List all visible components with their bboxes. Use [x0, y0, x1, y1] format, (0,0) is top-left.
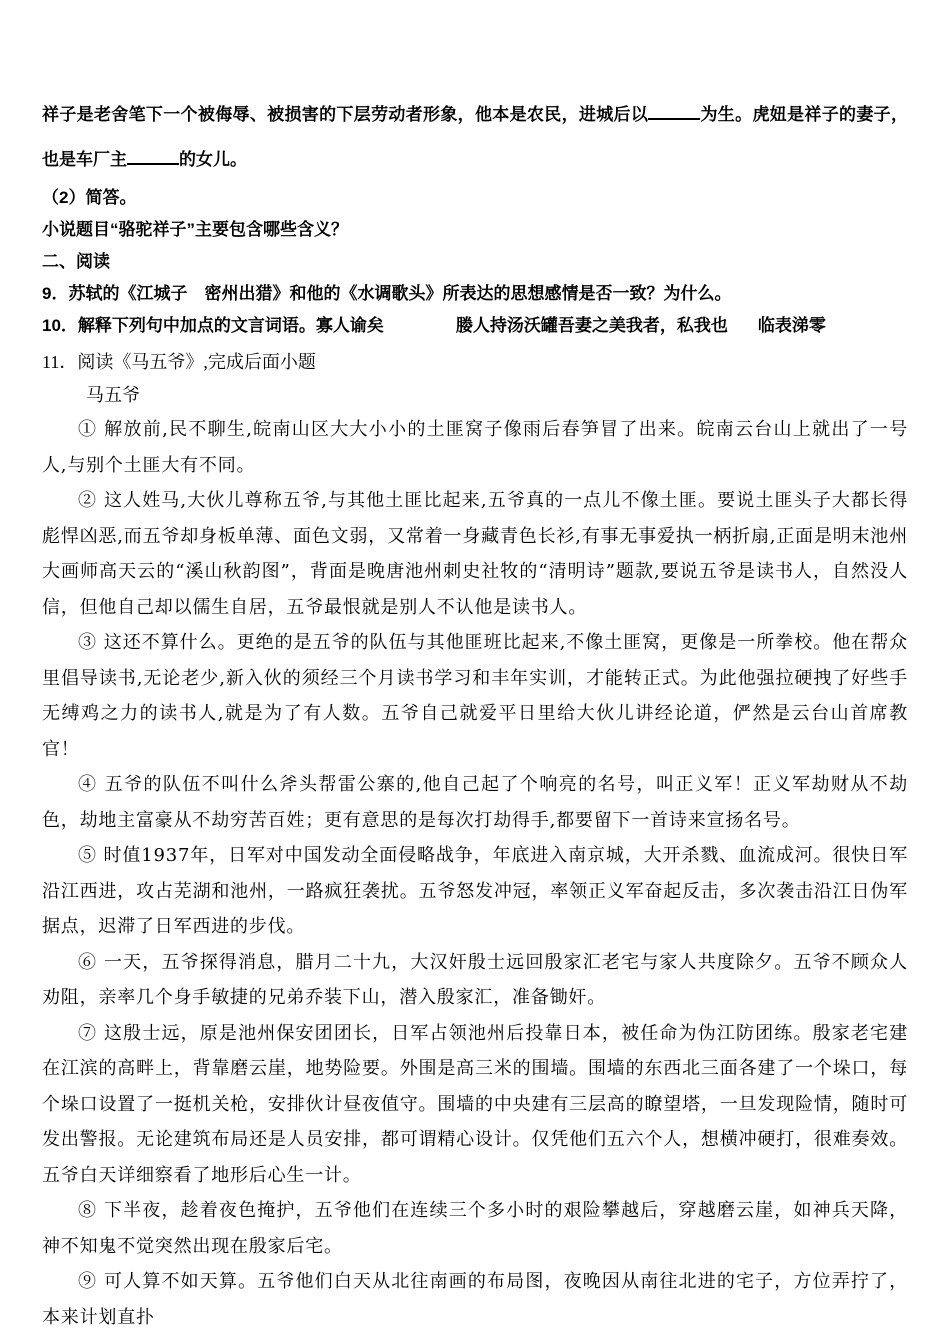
question-10-phrase-3: 临表涕零: [758, 316, 826, 335]
reading-paragraph-9: ⑨ 可人算不如天算。五爷他们白天从北往南画的布局图，夜晚因从南往北进的宅子，方位…: [42, 1264, 908, 1335]
question-10-stem: 10．解释下列句中加点的文言词语。寡人谕矣: [42, 316, 384, 335]
fill-blank-part3: 的女儿。: [179, 150, 247, 169]
fill-blank-question: 祥子是老舍笔下一个被侮辱、被损害的下层劳动者形象，他本是农民，进城后以为生。虎妞…: [42, 92, 908, 182]
reading-paragraph-5: ⑤ 时值1937年，日军对中国发动全面侵略战争，年底进入南京城，大开杀戮、血流成…: [42, 838, 908, 945]
question-9: 9．苏轼的《江城子 密州出猎》和他的《水调歌头》所表达的思想感情是否一致？为什么…: [42, 278, 908, 310]
blank-line-1: [648, 104, 700, 120]
section-title-reading: 二、阅读: [42, 246, 908, 278]
fill-blank-part1: 祥子是老舍笔下一个被侮辱、被损害的下层劳动者形象，他本是农民，进城后以: [42, 105, 648, 124]
reading-paragraph-1: ① 解放前,民不聊生,皖南山区大大小小的土匪窝子像雨后春笋冒了出来。皖南云台山上…: [42, 412, 908, 483]
question-8-2-label: （2）简答。: [42, 182, 908, 214]
question-10: 10．解释下列句中加点的文言词语。寡人谕矣媵人持汤沃罐吾妻之美我者，私我也临表涕…: [42, 310, 908, 342]
question-8-2-text: 小说题目“骆驼祥子”主要包含哪些含义？: [42, 214, 908, 246]
question-11: 11．阅读《马五爷》,完成后面小题: [42, 346, 908, 379]
reading-passage-title: 马五爷: [86, 379, 908, 412]
document-content: 祥子是老舍笔下一个被侮辱、被损害的下层劳动者形象，他本是农民，进城后以为生。虎妞…: [0, 0, 950, 1335]
reading-paragraph-7: ⑦ 这殷士远，原是池州保安团团长，日军占领池州后投靠日本，被任命为伪江防团练。殷…: [42, 1016, 908, 1194]
exam-document-page: 祥子是老舍笔下一个被侮辱、被损害的下层劳动者形象，他本是农民，进城后以为生。虎妞…: [0, 0, 950, 1344]
reading-paragraph-6: ⑥ 一天，五爷探得消息，腊月二十九，大汉奸殷士远回殷家汇老宅与家人共度除夕。五爷…: [42, 945, 908, 1016]
reading-paragraph-8: ⑧ 下半夜，趁着夜色掩护，五爷他们在连续三个多小时的艰险攀越后，穿越磨云崖，如神…: [42, 1193, 908, 1264]
reading-paragraph-2: ② 这人姓马,大伙儿尊称五爷,与其他土匪比起来,五爷真的一点儿不像土匪。要说土匪…: [42, 483, 908, 625]
blank-line-2: [127, 149, 179, 165]
reading-paragraph-3: ③ 这还不算什么。更绝的是五爷的队伍与其他匪班比起来,不像土匪窝，更像是一所拳校…: [42, 625, 908, 767]
question-10-phrase-2: 媵人持汤沃罐吾妻之美我者，私我也: [456, 316, 728, 335]
reading-paragraph-4: ④ 五爷的队伍不叫什么斧头帮雷公寨的,他自己起了个响亮的名号，叫正义军！正义军劫…: [42, 767, 908, 838]
